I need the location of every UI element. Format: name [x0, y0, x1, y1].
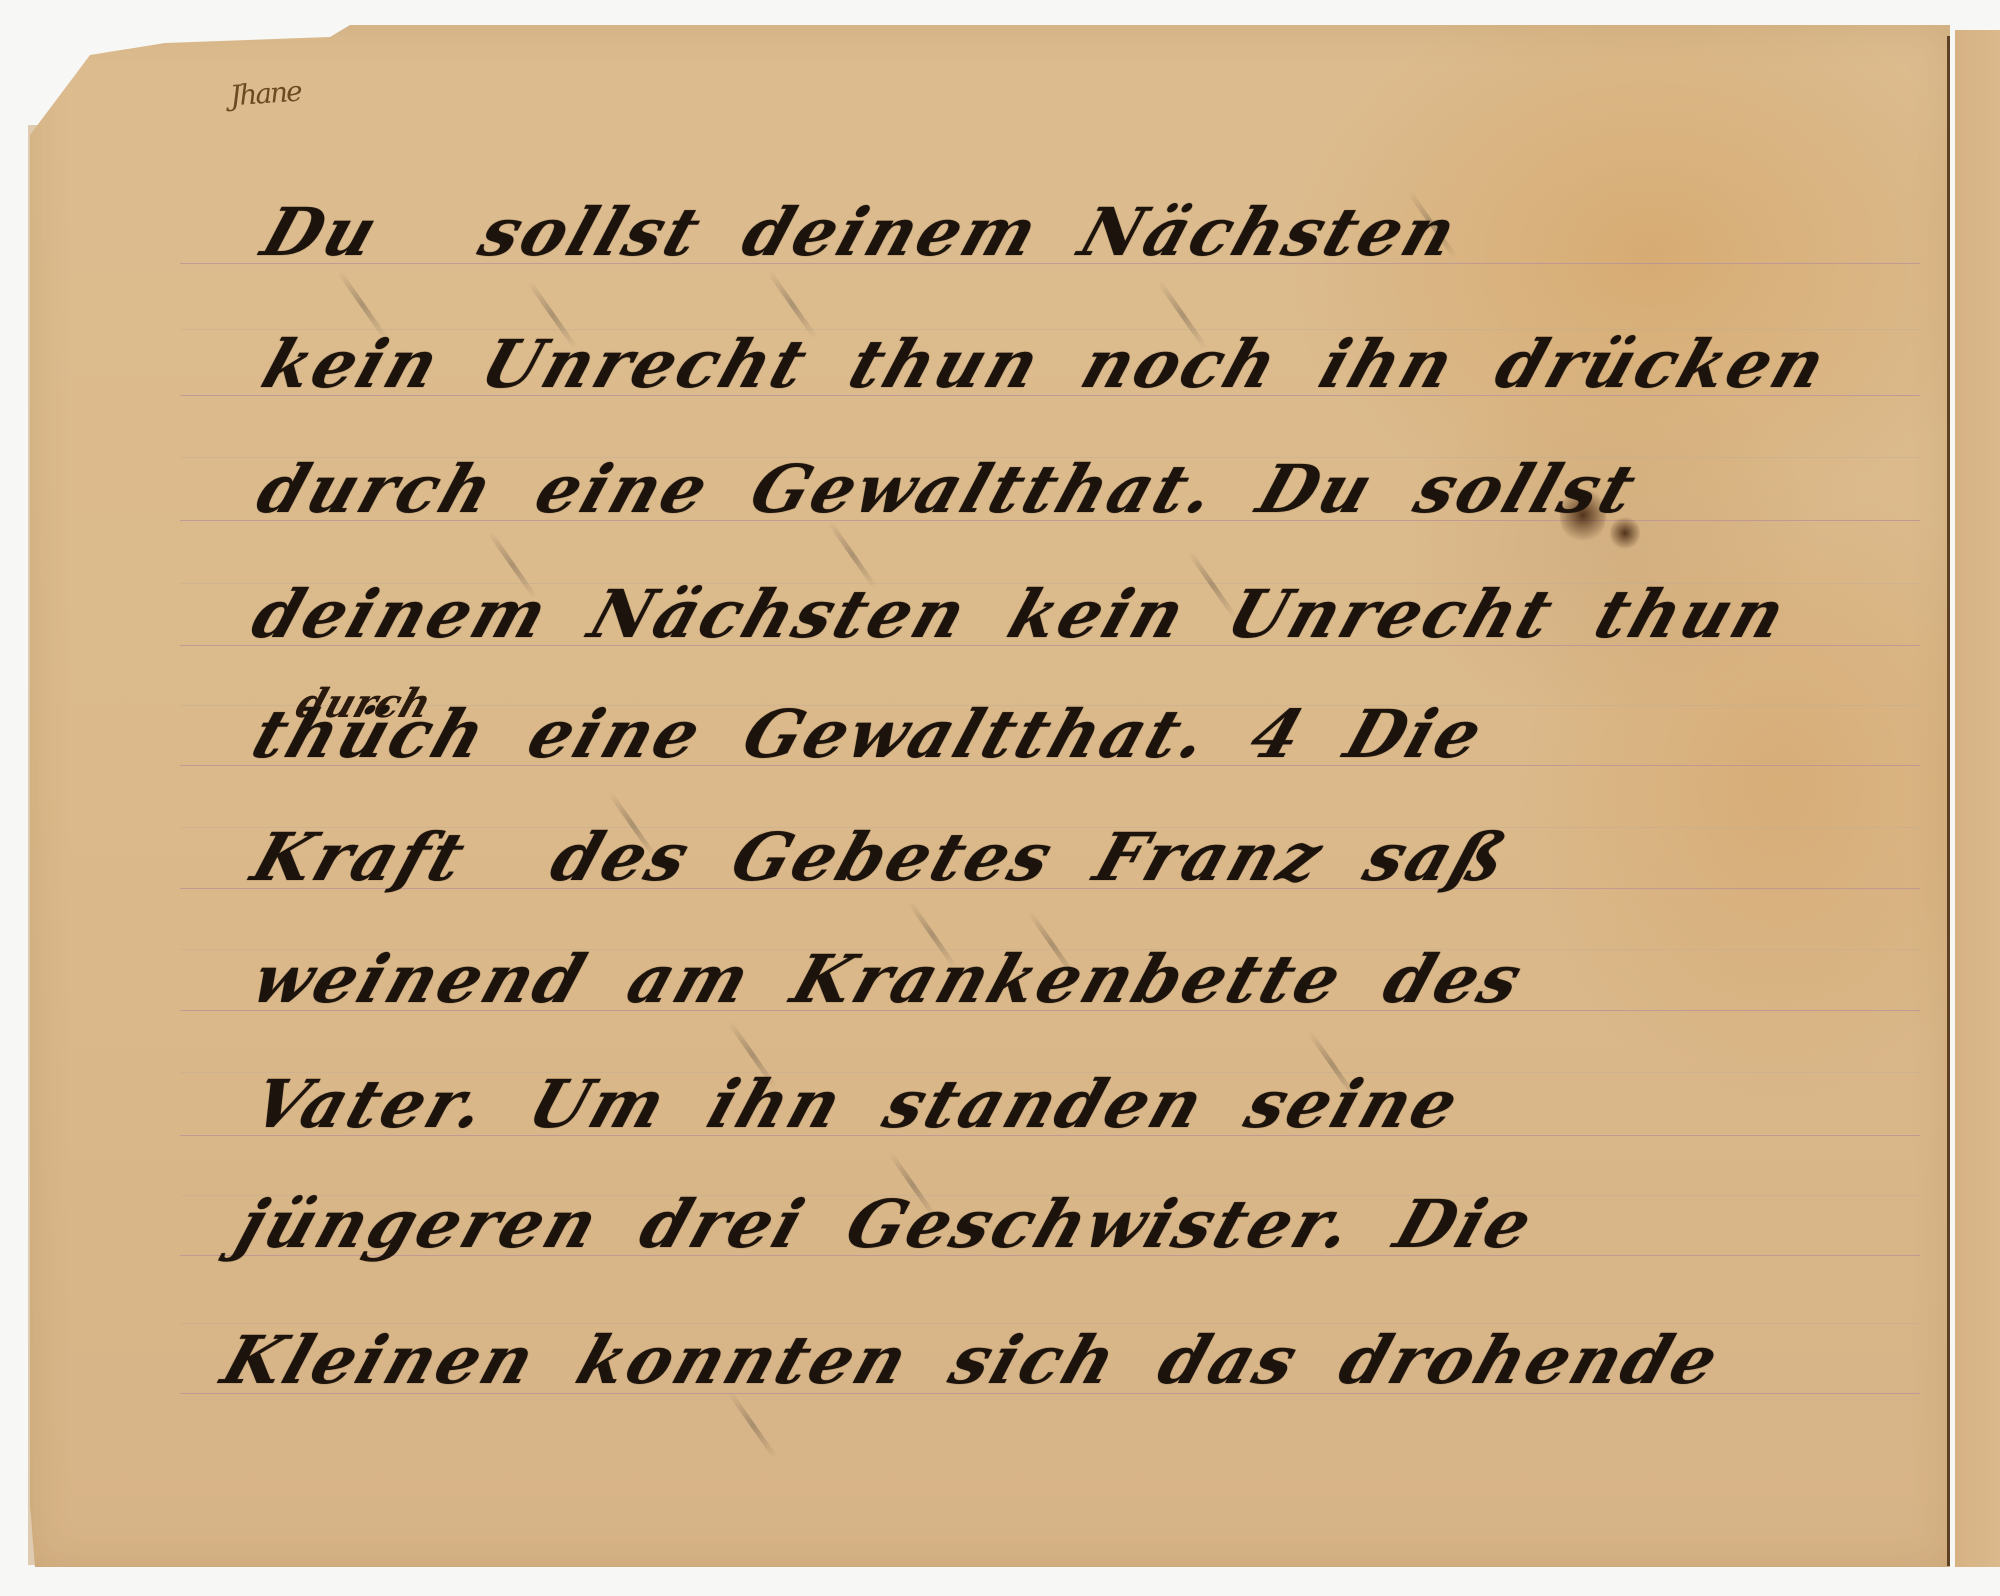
manuscript-line-1: Du sollst deinem Nächsten [255, 155, 1527, 265]
word: weinend [245, 946, 595, 1012]
word: kein [255, 331, 449, 397]
word: Du [255, 199, 388, 265]
word: thüch [245, 701, 496, 767]
word: thun [842, 331, 1050, 397]
word: seine [1238, 1071, 1469, 1137]
word: Franz [1087, 824, 1332, 890]
manuscript-line-6: Kraft des Gebetes Franz saß [245, 780, 1578, 890]
manuscript-line-5: thüch eine Gewaltthat. 4 Die [245, 657, 1553, 767]
word: Vater. [245, 1071, 497, 1137]
word: des [544, 824, 700, 890]
manuscript-line-3: durch eine Gewaltthat. Du sollst [250, 412, 1706, 522]
word: ihn [701, 1071, 852, 1137]
adjacent-page-edge [1955, 30, 2000, 1567]
manuscript-line-7: weinend am Krankenbette des [245, 902, 1592, 1012]
margin-note: Jhane [229, 75, 302, 113]
word: noch [1074, 331, 1288, 397]
word: sollst [472, 199, 710, 265]
word: Die [1338, 701, 1493, 767]
word: 4 [1243, 701, 1313, 767]
word: sollst [1408, 456, 1646, 522]
word: Kleinen [215, 1327, 545, 1393]
manuscript-line-8: Vater. Um ihn standen seine [245, 1027, 1529, 1137]
word: Gewaltthat. [743, 456, 1226, 522]
manuscript-line-9: jüngeren drei Geschwister. Die [230, 1147, 1603, 1257]
word: eine [521, 701, 711, 767]
word: Unrecht [474, 331, 817, 397]
word: drohende [1332, 1327, 1728, 1393]
word: Du [1250, 456, 1383, 522]
word: Unrecht [1220, 581, 1563, 647]
word: kein [1001, 581, 1195, 647]
word: das [1151, 1327, 1308, 1393]
manuscript-line-2: kein Unrecht thun noch ihn drücken [255, 287, 1896, 397]
page-fold [1947, 36, 1950, 1566]
word: Geschwister. [839, 1191, 1363, 1257]
word: jüngeren [230, 1191, 608, 1257]
manuscript-page: Jhane Du sollst deinem Nächsten kein Unr… [30, 25, 1950, 1567]
word: Gewaltthat. [736, 701, 1219, 767]
word: deinem [245, 581, 557, 647]
word: saß [1357, 824, 1518, 890]
word: deinem [735, 199, 1047, 265]
word: eine [528, 456, 718, 522]
word: am [620, 946, 760, 1012]
manuscript-line-10: Kleinen konnten sich das drohende [215, 1283, 1789, 1393]
word: Kraft [245, 824, 475, 890]
word: Krankenbette [785, 946, 1352, 1012]
word: des [1376, 946, 1532, 1012]
word: sich [943, 1327, 1127, 1393]
word: drücken [1488, 331, 1835, 397]
word: Die [1388, 1191, 1543, 1257]
word: drei [633, 1191, 814, 1257]
word: ihn [1312, 331, 1463, 397]
word: konnten [569, 1327, 918, 1393]
scanned-document: Jhane Du sollst deinem Nächsten kein Unr… [0, 0, 2000, 1596]
manuscript-line-4: deinem Nächsten kein Unrecht thun [245, 537, 1856, 647]
word: Um [521, 1071, 676, 1137]
word: Gebetes [724, 824, 1063, 890]
word: standen [877, 1071, 1214, 1137]
word: thun [1588, 581, 1796, 647]
word: durch [250, 456, 504, 522]
word: Nächsten [1072, 199, 1466, 265]
word: Nächsten [582, 581, 976, 647]
